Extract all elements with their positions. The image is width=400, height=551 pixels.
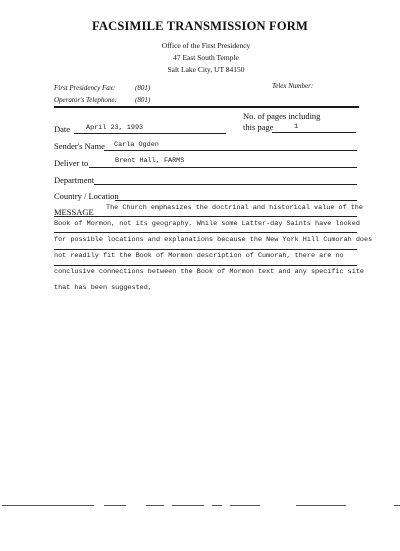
- message-line-5: conclusive connections between the Book …: [54, 268, 364, 276]
- scan-line-segment: [172, 505, 204, 506]
- deliver-underline: [89, 167, 357, 168]
- office-name: Office of the First Presidency: [0, 41, 400, 50]
- pages-label-1: No. of pages including: [243, 111, 320, 121]
- scan-line-segment: [146, 505, 164, 506]
- scan-line-segment: [394, 505, 400, 506]
- sender-value[interactable]: Carla Ogden: [114, 141, 159, 149]
- sender-label: Sender's Name: [54, 141, 105, 151]
- pages-label-2: this page: [243, 122, 273, 132]
- scan-line-segment: [296, 505, 346, 506]
- pages-underline: [272, 132, 356, 133]
- scan-line-segment: [230, 505, 260, 506]
- office-street: 47 East South Temple: [0, 53, 400, 62]
- header-divider: [54, 106, 359, 108]
- department-label: Department: [54, 175, 94, 185]
- message-underline-2: [54, 232, 357, 233]
- fax-value: (801): [135, 84, 150, 92]
- office-city: Salt Lake City, UT 84150: [0, 65, 400, 74]
- phone-value: (801): [135, 96, 150, 104]
- message-line-3: for possible locations and explanations …: [54, 236, 372, 244]
- message-line-6: that has been suggested,: [54, 284, 152, 292]
- message-underline-4: [54, 265, 357, 266]
- date-value[interactable]: April 23, 1993: [86, 124, 143, 132]
- message-line-1: The Church emphasizes the doctrinal and …: [106, 204, 363, 212]
- fax-label: First Presidency Fax:: [54, 84, 115, 92]
- country-underline: [115, 200, 357, 201]
- scan-line-segment: [2, 505, 94, 506]
- pages-value[interactable]: 1: [294, 123, 298, 131]
- phone-label: Operator's Telephone:: [54, 96, 117, 104]
- telex-label: Telex Number:: [272, 82, 313, 90]
- date-underline: [74, 133, 226, 134]
- department-underline: [94, 184, 357, 185]
- country-label: Country / Location: [54, 191, 119, 201]
- deliver-value[interactable]: Brent Hall, FARMS: [115, 157, 184, 165]
- form-title: FACSIMILE TRANSMISSION FORM: [0, 19, 400, 34]
- sender-underline: [104, 150, 357, 151]
- date-label: Date: [54, 124, 70, 134]
- deliver-label: Deliver to: [54, 158, 88, 168]
- message-underline-1: [54, 216, 357, 217]
- scan-line-segment: [104, 505, 126, 506]
- message-line-4: not readily fit the Book of Mormon descr…: [54, 252, 344, 260]
- scan-line-segment: [212, 505, 222, 506]
- message-line-2: Book of Mormon, not its geography. While…: [54, 220, 360, 228]
- message-underline-3: [54, 249, 357, 250]
